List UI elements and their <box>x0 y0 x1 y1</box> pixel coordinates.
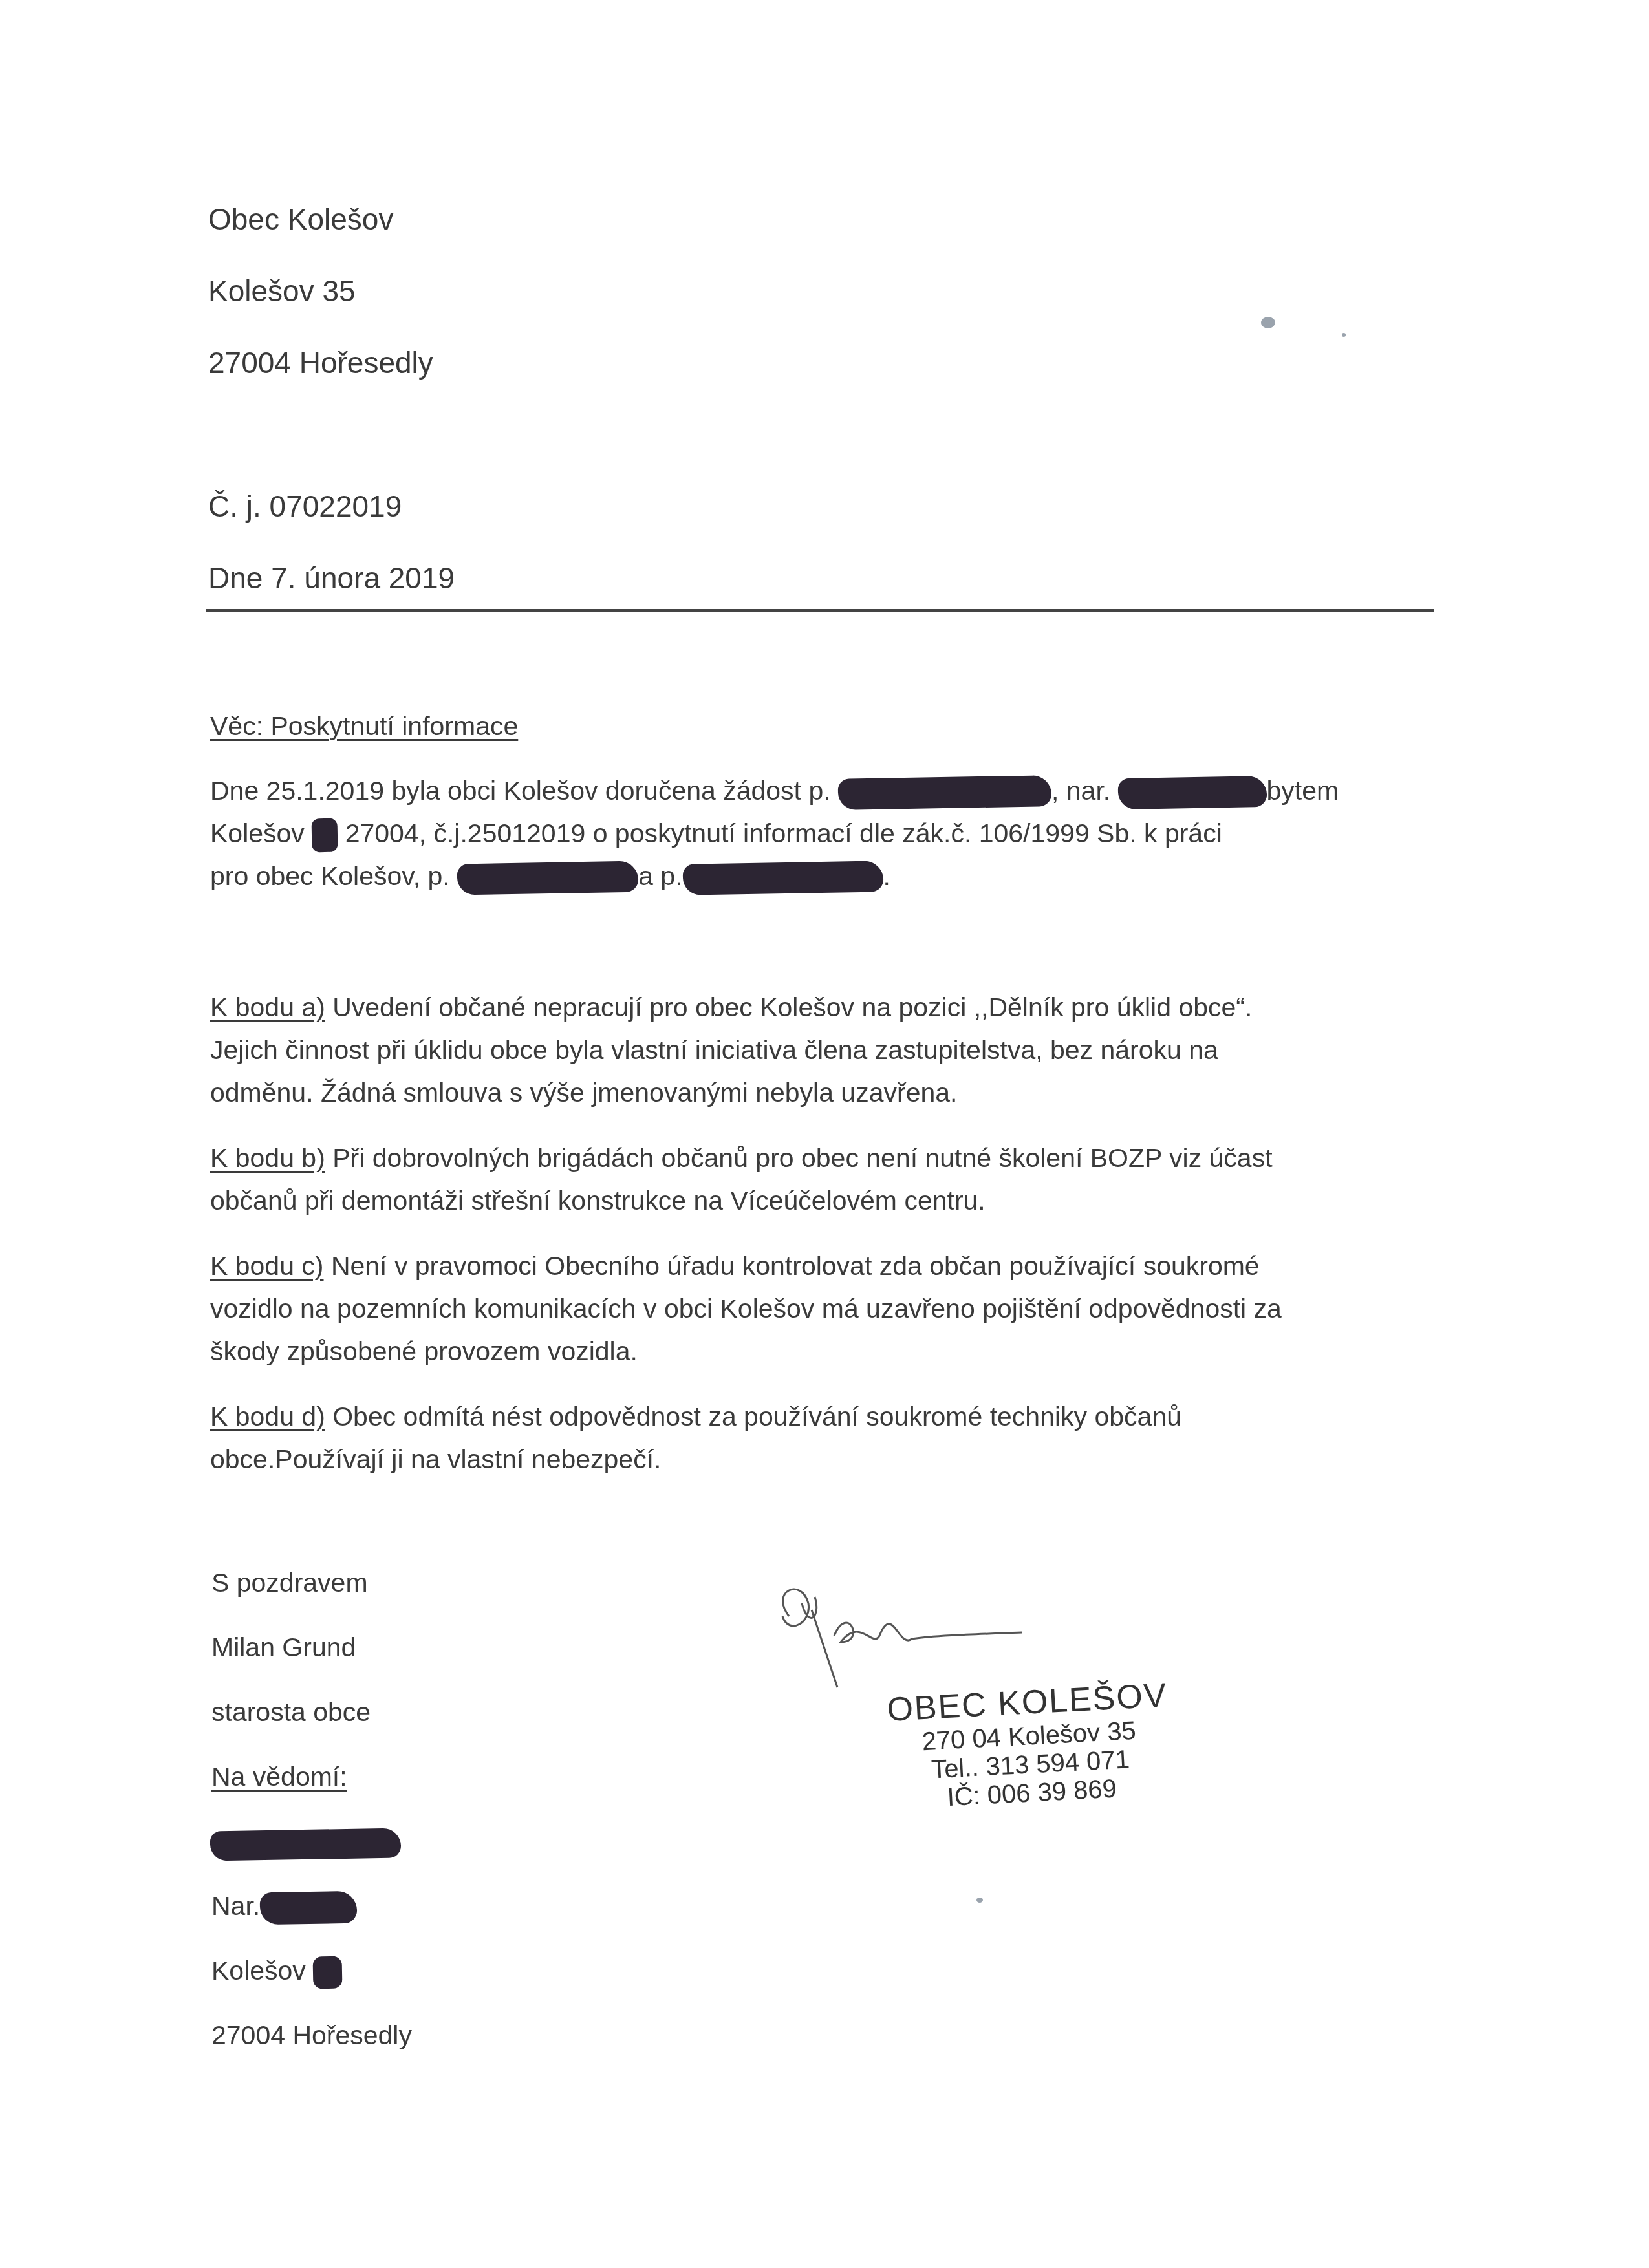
redaction-block <box>838 775 1052 810</box>
redaction-block <box>260 1891 358 1925</box>
intro-line-3: pro obec Kolešov, p. a p.. <box>210 855 1339 897</box>
point-d-label: K bodu d) <box>210 1402 325 1431</box>
header-divider <box>206 609 1434 612</box>
point-a: K bodu a) Uvedení občané nepracují pro o… <box>210 986 1252 1114</box>
cc-label: Na vědomí: <box>211 1762 347 1792</box>
point-a-label: K bodu a) <box>210 992 325 1022</box>
cc-postal-city: 27004 Hořesedly <box>211 2020 412 2051</box>
point-c: K bodu c) Není v pravomoci Obecního úřad… <box>210 1245 1282 1373</box>
redaction-block <box>312 818 338 853</box>
scan-speck <box>1342 333 1346 337</box>
point-b: K bodu b) Při dobrovolných brigádách obč… <box>210 1137 1273 1222</box>
intro-line-2: Kolešov 27004, č.j.25012019 o poskytnutí… <box>210 812 1339 855</box>
sender-address: Kolešov 35 <box>208 273 356 308</box>
document-date: Dne 7. února 2019 <box>208 561 455 595</box>
cc-recipient <box>210 1830 401 1859</box>
closing-greeting: S pozdravem <box>211 1568 368 1598</box>
sender-name: Obec Kolešov <box>208 202 393 237</box>
case-number: Č. j. 07022019 <box>208 489 402 524</box>
redaction-block <box>457 861 639 895</box>
signatory-name: Milan Grund <box>211 1632 356 1663</box>
redaction-block <box>210 1828 402 1861</box>
scan-speck <box>976 1898 983 1903</box>
intro-line-1: Dne 25.1.2019 byla obci Kolešov doručena… <box>210 769 1339 812</box>
official-stamp: OBEC KOLEŠOV 270 04 Kolešov 35 Tel.. 313… <box>886 1676 1173 1814</box>
redaction-block <box>682 861 883 895</box>
point-b-label: K bodu b) <box>210 1143 325 1173</box>
redaction-block <box>313 1956 343 1989</box>
redaction-block <box>1117 776 1267 809</box>
subject-line: Věc: Poskytnutí informace <box>210 711 518 742</box>
intro-paragraph: Dne 25.1.2019 byla obci Kolešov doručena… <box>210 769 1339 897</box>
point-d: K bodu d) Obec odmítá nést odpovědnost z… <box>210 1395 1181 1481</box>
point-c-label: K bodu c) <box>210 1251 324 1281</box>
cc-birth: Nar. <box>211 1891 357 1924</box>
sender-postal-city: 27004 Hořesedly <box>208 345 433 380</box>
signatory-position: starosta obce <box>211 1697 371 1728</box>
signature-scribble <box>763 1578 1035 1694</box>
scan-speck <box>1261 317 1275 328</box>
cc-address: Kolešov <box>211 1956 342 1989</box>
